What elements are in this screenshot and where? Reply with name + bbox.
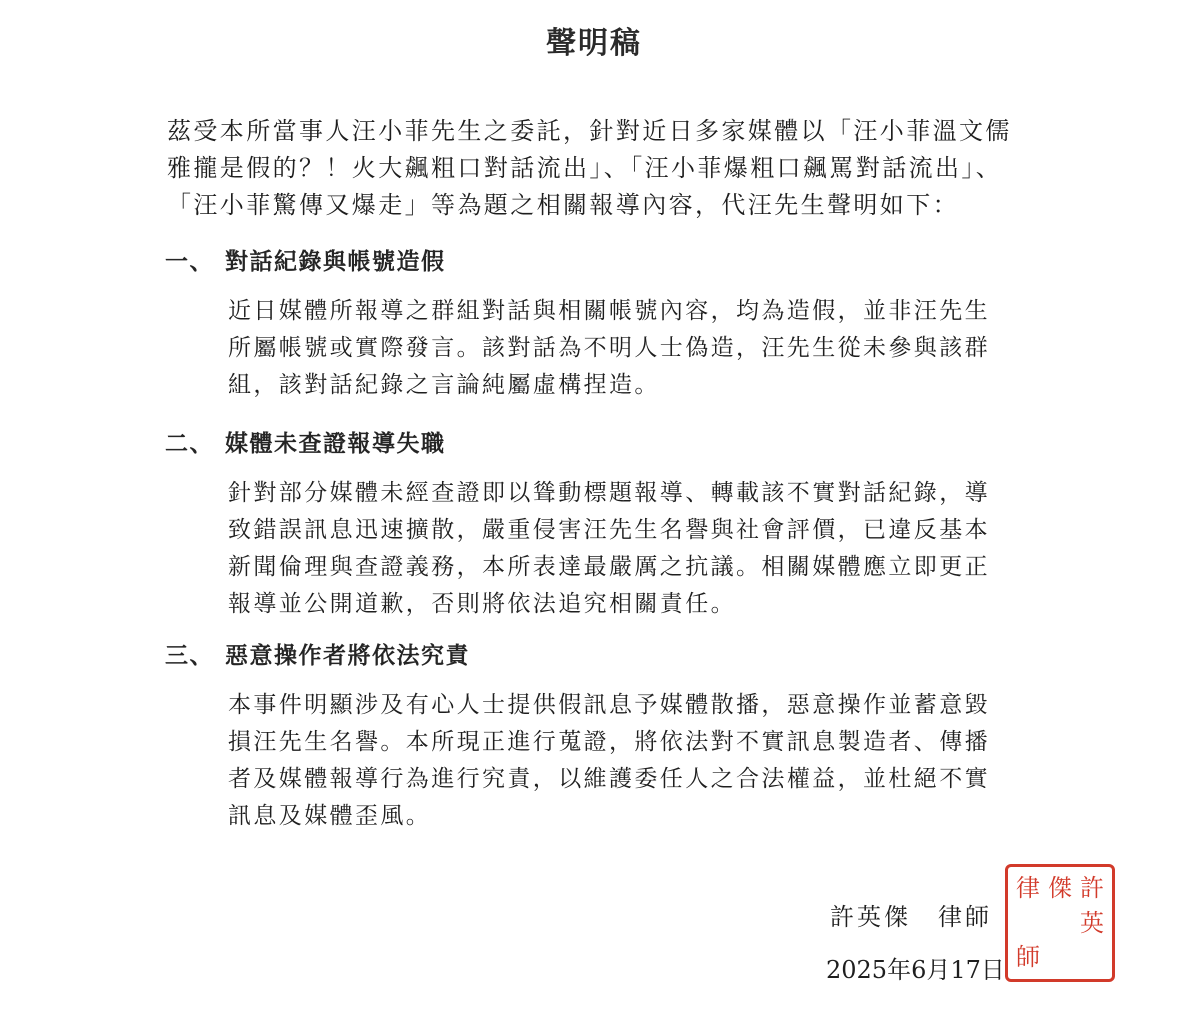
section-number: 一、 <box>165 243 225 276</box>
lawyer-seal-stamp: 許 英 傑 律 師 <box>1005 864 1115 982</box>
section-body-3: 本事件明顯涉及有心人士提供假訊息予媒體散播，惡意操作並蓄意毀 損汪先生名譽。本所… <box>228 687 1028 835</box>
section-body-1: 近日媒體所報導之群組對話與相關帳號內容，均為造假，並非汪先生 所屬帳號或實際發言… <box>228 293 1028 404</box>
seal-char: 英 <box>1076 906 1108 941</box>
section-heading-2: 二、媒體未查證報導失職 <box>165 425 446 458</box>
intro-line: 茲受本所當事人汪小菲先生之委託，針對近日多家媒體以「汪小菲溫文儒 <box>167 113 1037 150</box>
body-line: 報導並公開道歉，否則將依法追究相關責任。 <box>228 586 1028 623</box>
section-heading-1: 一、對話紀錄與帳號造假 <box>165 243 446 276</box>
body-line: 損汪先生名譽。本所現正進行蒐證，將依法對不實訊息製造者、傳播 <box>228 724 1028 761</box>
section-title: 對話紀錄與帳號造假 <box>225 249 446 275</box>
body-line: 新聞倫理與查證義務，本所表達最嚴厲之抗議。相關媒體應立即更正 <box>228 549 1028 586</box>
intro-paragraph: 茲受本所當事人汪小菲先生之委託，針對近日多家媒體以「汪小菲溫文儒 雅攏是假的？！… <box>167 113 1037 224</box>
body-line: 所屬帳號或實際發言。該對話為不明人士偽造，汪先生從未參與該群 <box>228 330 1028 367</box>
intro-line: 「汪小菲驚傳又爆走」等為題之相關報導內容，代汪先生聲明如下： <box>167 187 1037 224</box>
date: 2025年6月17日 <box>826 950 1005 985</box>
body-line: 組，該對話紀錄之言論純屬虛構捏造。 <box>228 367 1028 404</box>
signature: 許英傑 律師 <box>830 897 992 932</box>
body-line: 者及媒體報導行為進行究責，以維護委任人之合法權益，並杜絕不實 <box>228 761 1028 798</box>
section-title: 惡意操作者將依法究責 <box>225 643 470 669</box>
page-title: 聲明稿 <box>0 18 1188 62</box>
body-line: 致錯誤訊息迅速擴散，嚴重侵害汪先生名譽與社會評價，已違反基本 <box>228 512 1028 549</box>
seal-char: 許 <box>1076 871 1108 906</box>
section-title: 媒體未查證報導失職 <box>225 431 446 457</box>
seal-char: 師 <box>1012 940 1044 975</box>
section-number: 二、 <box>165 425 225 458</box>
section-heading-3: 三、惡意操作者將依法究責 <box>165 637 470 670</box>
section-number: 三、 <box>165 637 225 670</box>
seal-char: 律 <box>1012 871 1044 906</box>
intro-line: 雅攏是假的？！火大飆粗口對話流出」、「汪小菲爆粗口飆罵對話流出」、 <box>167 150 1037 187</box>
body-line: 近日媒體所報導之群組對話與相關帳號內容，均為造假，並非汪先生 <box>228 293 1028 330</box>
body-line: 本事件明顯涉及有心人士提供假訊息予媒體散播，惡意操作並蓄意毀 <box>228 687 1028 724</box>
section-body-2: 針對部分媒體未經查證即以聳動標題報導、轉載該不實對話紀錄，導 致錯誤訊息迅速擴散… <box>228 475 1028 623</box>
body-line: 訊息及媒體歪風。 <box>228 798 1028 835</box>
seal-char: 傑 <box>1044 871 1076 906</box>
body-line: 針對部分媒體未經查證即以聳動標題報導、轉載該不實對話紀錄，導 <box>228 475 1028 512</box>
